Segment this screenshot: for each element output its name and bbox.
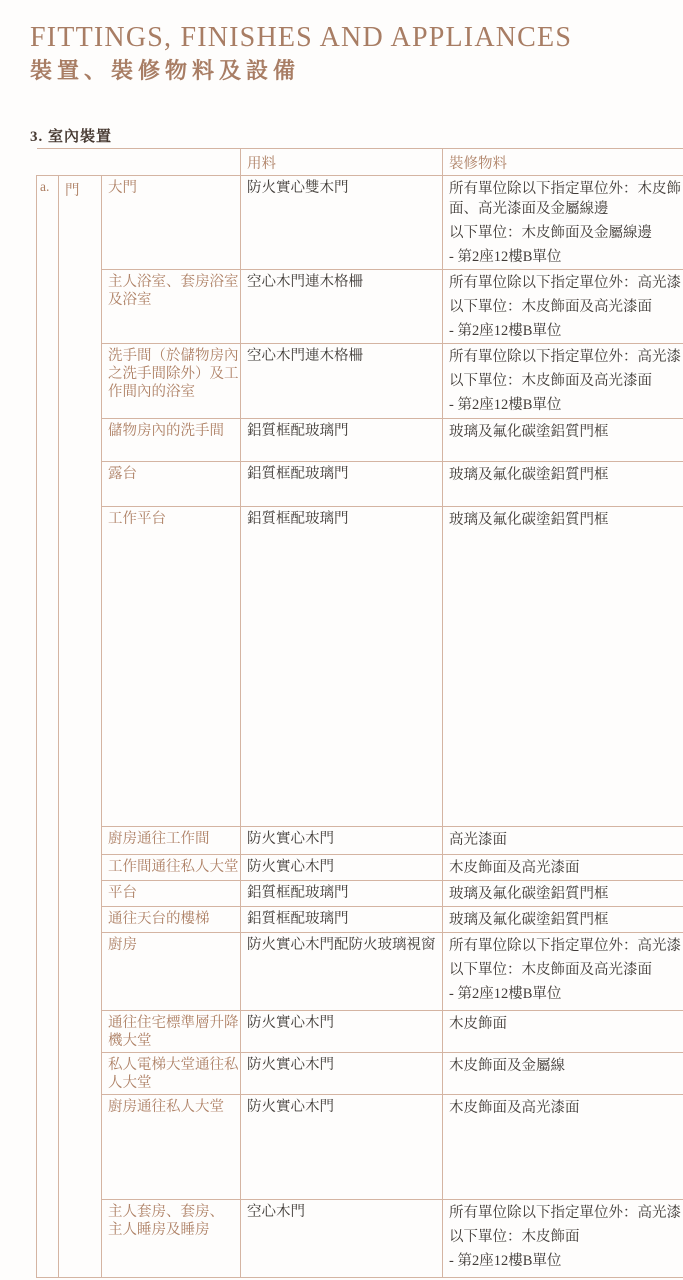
- finish-cell: 玻璃及氟化碳塗鋁質門框: [443, 462, 683, 507]
- item-cell: 廚房通往私人大堂: [102, 1095, 241, 1200]
- finish-paragraph: 所有單位除以下指定單位外：木皮飾面、高光漆面及金屬線邊: [449, 179, 680, 219]
- finish-cell: 高光漆面: [443, 827, 683, 855]
- item-label-line: 儲物房內的洗手間: [108, 422, 236, 440]
- finish-paragraph: 所有單位除以下指定單位外：高光漆: [449, 273, 680, 293]
- item-cell: 儲物房內的洗手間: [102, 419, 241, 462]
- item-label-line: 工作間通往私人大堂: [108, 858, 236, 876]
- table-row: 工作間通往私人大堂防火實心木門木皮飾面及高光漆面: [37, 855, 683, 881]
- material-text: 防火實心木門: [247, 1098, 438, 1117]
- item-label-line: 之洗手間除外）及工: [108, 365, 236, 383]
- item-label-line: 機大堂: [108, 1032, 236, 1050]
- brochure-page: FITTINGS, FINISHES AND APPLIANCES 裝置、裝修物…: [0, 0, 683, 1280]
- material-text: 防火實心木門配防火玻璃視窗: [247, 936, 438, 955]
- item-label-line: 平台: [108, 884, 236, 902]
- finish-paragraph: 木皮飾面及金屬線: [449, 1056, 680, 1076]
- item-cell: 露台: [102, 462, 241, 507]
- material-cell: 防火實心木門: [241, 1011, 443, 1053]
- finish-cell: 所有單位除以下指定單位外：高光漆以下單位：木皮飾面及高光漆面- 第2座12樓B單…: [443, 270, 683, 344]
- item-label-line: 主人睡房及睡房: [108, 1221, 236, 1239]
- item-cell: 通往天台的樓梯: [102, 907, 241, 933]
- finish-text-line: - 第2座12樓B單位: [449, 1251, 680, 1271]
- finish-text-line: - 第2座12樓B單位: [449, 321, 680, 341]
- finish-cell: 木皮飾面及金屬線: [443, 1053, 683, 1095]
- finish-paragraph: - 第2座12樓B單位: [449, 247, 680, 267]
- finish-paragraph: 木皮飾面及高光漆面: [449, 858, 680, 878]
- finish-text-line: 所有單位除以下指定單位外：高光漆: [449, 347, 680, 367]
- item-label-line: 主人套房、套房、: [108, 1203, 236, 1221]
- material-cell: 防火實心木門: [241, 1053, 443, 1095]
- item-label-line: 人大堂: [108, 1074, 236, 1092]
- finish-paragraph: 以下單位：木皮飾面及高光漆面: [449, 297, 680, 317]
- finish-cell: 玻璃及氟化碳塗鋁質門框: [443, 881, 683, 907]
- finish-text-line: 以下單位：木皮飾面及金屬線邊: [449, 223, 680, 243]
- material-cell: 防火實心木門配防火玻璃視窗: [241, 933, 443, 1011]
- material-cell: 防火實心木門: [241, 1095, 443, 1200]
- table-row: a.門大門防火實心雙木門所有單位除以下指定單位外：木皮飾面、高光漆面及金屬線邊以…: [37, 176, 683, 270]
- item-label-line: 主人浴室、套房浴室: [108, 273, 236, 291]
- finish-text-line: - 第2座12樓B單位: [449, 395, 680, 415]
- material-cell: 鋁質框配玻璃門: [241, 881, 443, 907]
- finish-text-line: 所有單位除以下指定單位外：高光漆: [449, 1203, 680, 1223]
- material-text: 鋁質框配玻璃門: [247, 422, 438, 441]
- finish-paragraph: 高光漆面: [449, 830, 680, 850]
- item-cell: 主人浴室、套房浴室及浴室: [102, 270, 241, 344]
- table-row: 工作平台鋁質框配玻璃門玻璃及氟化碳塗鋁質門框: [37, 507, 683, 827]
- finish-paragraph: 以下單位：木皮飾面及金屬線邊: [449, 223, 680, 243]
- finish-paragraph: 以下單位：木皮飾面及高光漆面: [449, 371, 680, 391]
- finish-paragraph: - 第2座12樓B單位: [449, 984, 680, 1004]
- material-text: 鋁質框配玻璃門: [247, 510, 438, 529]
- header-materials: 用料: [241, 149, 443, 176]
- finish-paragraph: 以下單位：木皮飾面: [449, 1227, 680, 1247]
- finish-text-line: 以下單位：木皮飾面及高光漆面: [449, 371, 680, 391]
- finish-text-line: 木皮飾面及高光漆面: [449, 1098, 680, 1118]
- row-group-label: 門: [59, 176, 102, 1278]
- item-cell: 平台: [102, 881, 241, 907]
- finish-cell: 所有單位除以下指定單位外：木皮飾面、高光漆面及金屬線邊以下單位：木皮飾面及金屬線…: [443, 176, 683, 270]
- table-row: 主人浴室、套房浴室及浴室空心木門連木格柵所有單位除以下指定單位外：高光漆以下單位…: [37, 270, 683, 344]
- material-cell: 鋁質框配玻璃門: [241, 419, 443, 462]
- item-cell: 工作平台: [102, 507, 241, 827]
- item-label-line: 洗手間（於儲物房內: [108, 347, 236, 365]
- finish-text-line: 木皮飾面及金屬線: [449, 1056, 680, 1076]
- material-cell: 空心木門連木格柵: [241, 270, 443, 344]
- material-cell: 防火實心木門: [241, 827, 443, 855]
- finish-cell: 玻璃及氟化碳塗鋁質門框: [443, 507, 683, 827]
- finish-text-line: 玻璃及氟化碳塗鋁質門框: [449, 884, 680, 904]
- finish-paragraph: 以下單位：木皮飾面及高光漆面: [449, 960, 680, 980]
- material-text: 空心木門: [247, 1203, 438, 1222]
- finish-paragraph: 玻璃及氟化碳塗鋁質門框: [449, 465, 680, 485]
- item-label-line: 作間內的浴室: [108, 383, 236, 401]
- material-text: 防火實心木門: [247, 830, 438, 849]
- finish-paragraph: - 第2座12樓B單位: [449, 395, 680, 415]
- material-text: 防火實心木門: [247, 858, 438, 877]
- finish-text-line: 高光漆面: [449, 830, 680, 850]
- finish-text-line: 玻璃及氟化碳塗鋁質門框: [449, 910, 680, 930]
- item-cell: 廚房: [102, 933, 241, 1011]
- page-title-chinese: 裝置、裝修物料及設備: [30, 57, 572, 85]
- finish-cell: 木皮飾面及高光漆面: [443, 1095, 683, 1200]
- finish-paragraph: 木皮飾面: [449, 1014, 680, 1034]
- table-row: 通往住宅標準層升降機大堂防火實心木門木皮飾面: [37, 1011, 683, 1053]
- item-label-line: 及浴室: [108, 291, 236, 309]
- item-label-line: 廚房通往工作間: [108, 830, 236, 848]
- finish-paragraph: 所有單位除以下指定單位外：高光漆: [449, 347, 680, 367]
- document-header: FITTINGS, FINISHES AND APPLIANCES 裝置、裝修物…: [30, 22, 572, 85]
- material-text: 空心木門連木格柵: [247, 347, 438, 366]
- finish-text-line: 玻璃及氟化碳塗鋁質門框: [449, 465, 680, 485]
- item-label-line: 私人電梯大堂通往私: [108, 1056, 236, 1074]
- finish-paragraph: 所有單位除以下指定單位外：高光漆: [449, 1203, 680, 1223]
- finish-cell: 玻璃及氟化碳塗鋁質門框: [443, 907, 683, 933]
- material-text: 防火實心木門: [247, 1056, 438, 1075]
- finish-cell: 所有單位除以下指定單位外：高光漆以下單位：木皮飾面及高光漆面- 第2座12樓B單…: [443, 344, 683, 419]
- item-label-line: 大門: [108, 179, 236, 197]
- material-text: 鋁質框配玻璃門: [247, 910, 438, 929]
- finish-text-line: 所有單位除以下指定單位外：木皮飾: [449, 179, 680, 199]
- table-row: 廚房通往私人大堂防火實心木門木皮飾面及高光漆面: [37, 1095, 683, 1200]
- finish-cell: 所有單位除以下指定單位外：高光漆以下單位：木皮飾面- 第2座12樓B單位: [443, 1200, 683, 1278]
- table-row: 主人套房、套房、主人睡房及睡房空心木門所有單位除以下指定單位外：高光漆以下單位：…: [37, 1200, 683, 1278]
- item-label-line: 廚房通往私人大堂: [108, 1098, 236, 1116]
- table-row: 通往天台的樓梯鋁質框配玻璃門玻璃及氟化碳塗鋁質門框: [37, 907, 683, 933]
- item-label-line: 工作平台: [108, 510, 236, 528]
- finish-cell: 玻璃及氟化碳塗鋁質門框: [443, 419, 683, 462]
- finish-paragraph: 玻璃及氟化碳塗鋁質門框: [449, 422, 680, 442]
- section-heading: 3. 室內裝置: [30, 129, 112, 146]
- material-cell: 空心木門連木格柵: [241, 344, 443, 419]
- table-header-row: 用料 裝修物料: [37, 149, 683, 176]
- material-cell: 防火實心木門: [241, 855, 443, 881]
- item-cell: 主人套房、套房、主人睡房及睡房: [102, 1200, 241, 1278]
- finish-cell: 木皮飾面及高光漆面: [443, 855, 683, 881]
- finish-cell: 所有單位除以下指定單位外：高光漆以下單位：木皮飾面及高光漆面- 第2座12樓B單…: [443, 933, 683, 1011]
- item-cell: 洗手間（於儲物房內之洗手間除外）及工作間內的浴室: [102, 344, 241, 419]
- finish-paragraph: 玻璃及氟化碳塗鋁質門框: [449, 910, 680, 930]
- finish-cell: 木皮飾面: [443, 1011, 683, 1053]
- finish-text-line: 以下單位：木皮飾面及高光漆面: [449, 297, 680, 317]
- finish-paragraph: 木皮飾面及高光漆面: [449, 1098, 680, 1118]
- finish-text-line: 玻璃及氟化碳塗鋁質門框: [449, 510, 680, 530]
- finish-paragraph: 玻璃及氟化碳塗鋁質門框: [449, 884, 680, 904]
- item-cell: 私人電梯大堂通往私人大堂: [102, 1053, 241, 1095]
- item-label-line: 廚房: [108, 936, 236, 954]
- table-row: 私人電梯大堂通往私人大堂防火實心木門木皮飾面及金屬線: [37, 1053, 683, 1095]
- material-cell: 鋁質框配玻璃門: [241, 462, 443, 507]
- row-group-index: a.: [37, 176, 59, 1278]
- finish-paragraph: 所有單位除以下指定單位外：高光漆: [449, 936, 680, 956]
- material-text: 鋁質框配玻璃門: [247, 465, 438, 484]
- table-row: 露台鋁質框配玻璃門玻璃及氟化碳塗鋁質門框: [37, 462, 683, 507]
- finish-paragraph: 玻璃及氟化碳塗鋁質門框: [449, 510, 680, 530]
- table-row: 平台鋁質框配玻璃門玻璃及氟化碳塗鋁質門框: [37, 881, 683, 907]
- finish-text-line: 面、高光漆面及金屬線邊: [449, 199, 680, 219]
- material-text: 防火實心雙木門: [247, 179, 438, 198]
- item-label-line: 露台: [108, 465, 236, 483]
- finish-text-line: 玻璃及氟化碳塗鋁質門框: [449, 422, 680, 442]
- table-row: 廚房通往工作間防火實心木門高光漆面: [37, 827, 683, 855]
- finish-text-line: 所有單位除以下指定單位外：高光漆: [449, 936, 680, 956]
- header-blank-cell: [37, 149, 241, 176]
- item-label-line: 通往天台的樓梯: [108, 910, 236, 928]
- finish-text-line: 以下單位：木皮飾面: [449, 1227, 680, 1247]
- item-label-line: 通往住宅標準層升降: [108, 1014, 236, 1032]
- item-cell: 工作間通往私人大堂: [102, 855, 241, 881]
- table-row: 洗手間（於儲物房內之洗手間除外）及工作間內的浴室空心木門連木格柵所有單位除以下指…: [37, 344, 683, 419]
- material-text: 防火實心木門: [247, 1014, 438, 1033]
- page-title-english: FITTINGS, FINISHES AND APPLIANCES: [30, 22, 572, 54]
- material-cell: 防火實心雙木門: [241, 176, 443, 270]
- material-text: 空心木門連木格柵: [247, 273, 438, 292]
- material-text: 鋁質框配玻璃門: [247, 884, 438, 903]
- finish-paragraph: - 第2座12樓B單位: [449, 321, 680, 341]
- finish-text-line: 木皮飾面及高光漆面: [449, 858, 680, 878]
- finish-text-line: - 第2座12樓B單位: [449, 984, 680, 1004]
- item-cell: 廚房通往工作間: [102, 827, 241, 855]
- finish-paragraph: - 第2座12樓B單位: [449, 1251, 680, 1271]
- item-cell: 通往住宅標準層升降機大堂: [102, 1011, 241, 1053]
- material-cell: 空心木門: [241, 1200, 443, 1278]
- finish-text-line: 以下單位：木皮飾面及高光漆面: [449, 960, 680, 980]
- material-cell: 鋁質框配玻璃門: [241, 907, 443, 933]
- finish-text-line: 木皮飾面: [449, 1014, 680, 1034]
- finish-text-line: - 第2座12樓B單位: [449, 247, 680, 267]
- table-row: 儲物房內的洗手間鋁質框配玻璃門玻璃及氟化碳塗鋁質門框: [37, 419, 683, 462]
- interior-fittings-table: 用料 裝修物料 a.門大門防火實心雙木門所有單位除以下指定單位外：木皮飾面、高光…: [36, 148, 683, 1278]
- finish-text-line: 所有單位除以下指定單位外：高光漆: [449, 273, 680, 293]
- material-cell: 鋁質框配玻璃門: [241, 507, 443, 827]
- header-finishes: 裝修物料: [443, 149, 683, 176]
- item-cell: 大門: [102, 176, 241, 270]
- table-row: 廚房防火實心木門配防火玻璃視窗所有單位除以下指定單位外：高光漆以下單位：木皮飾面…: [37, 933, 683, 1011]
